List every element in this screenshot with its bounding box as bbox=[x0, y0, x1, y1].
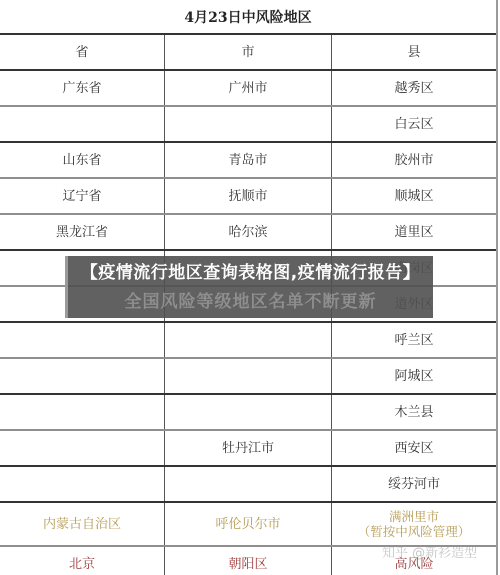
cell-county: 呼兰区 bbox=[332, 322, 498, 358]
cell-county: 胶州市 bbox=[332, 142, 498, 178]
table-row: 木兰县 bbox=[0, 394, 497, 430]
table-row: 黑龙江省 哈尔滨 道里区 bbox=[0, 214, 497, 250]
table-row-inner-mongolia: 内蒙古自治区 呼伦贝尔市 满洲里市 （暂按中风险管理） bbox=[0, 502, 497, 546]
cell-city: 广州市 bbox=[165, 70, 332, 106]
cell-province bbox=[0, 430, 165, 466]
cell-county: 绥芬河市 bbox=[332, 466, 498, 502]
banner-headline: 【疫情流行地区查询表格图,疫情流行报告】 bbox=[68, 260, 433, 287]
header-row: 省 市 县 bbox=[0, 34, 497, 70]
table-row: 白云区 bbox=[0, 106, 497, 142]
cell-city: 哈尔滨 bbox=[165, 214, 332, 250]
cell-county: 顺城区 bbox=[332, 178, 498, 214]
cell-province: 内蒙古自治区 bbox=[0, 502, 165, 546]
cell-city bbox=[165, 106, 332, 142]
table-row: 绥芬河市 bbox=[0, 466, 497, 502]
cell-county: 阿城区 bbox=[332, 358, 498, 394]
cell-city: 朝阳区 bbox=[165, 546, 332, 575]
cell-city: 呼伦贝尔市 bbox=[165, 502, 332, 546]
cell-province bbox=[0, 466, 165, 502]
cell-province: 北京 bbox=[0, 546, 165, 575]
cell-city: 青岛市 bbox=[165, 142, 332, 178]
table-row: 呼兰区 bbox=[0, 322, 497, 358]
cell-county: 白云区 bbox=[332, 106, 498, 142]
cell-city bbox=[165, 322, 332, 358]
zhihu-watermark: 知乎 @新衫造型 bbox=[382, 542, 477, 561]
table-title: 4月23日中风险地区 bbox=[0, 0, 498, 33]
header-county: 县 bbox=[332, 34, 498, 70]
cell-city: 牡丹江市 bbox=[165, 430, 332, 466]
table-row: 阿城区 bbox=[0, 358, 497, 394]
cell-city bbox=[165, 466, 332, 502]
table-row: 牡丹江市 西安区 bbox=[0, 430, 497, 466]
table-row: 辽宁省 抚顺市 顺城区 bbox=[0, 178, 497, 214]
banner-background-text: 全国风险等级地区名单不断更新 bbox=[68, 287, 433, 312]
header-city: 市 bbox=[165, 34, 332, 70]
cell-city: 抚顺市 bbox=[165, 178, 332, 214]
cell-county: 道里区 bbox=[332, 214, 498, 250]
cell-province: 黑龙江省 bbox=[0, 214, 165, 250]
headline-banner: 全国风险等级地区名单不断更新 【疫情流行地区查询表格图,疫情流行报告】 bbox=[65, 256, 433, 318]
cell-city bbox=[165, 358, 332, 394]
cell-province: 广东省 bbox=[0, 70, 165, 106]
cell-province bbox=[0, 394, 165, 430]
cell-province: 辽宁省 bbox=[0, 178, 165, 214]
cell-county: 越秀区 bbox=[332, 70, 498, 106]
cell-province: 山东省 bbox=[0, 142, 165, 178]
cell-city bbox=[165, 394, 332, 430]
cell-county: 满洲里市 （暂按中风险管理） bbox=[332, 502, 498, 546]
cell-county: 西安区 bbox=[332, 430, 498, 466]
cell-province bbox=[0, 358, 165, 394]
cell-province bbox=[0, 322, 165, 358]
cell-province bbox=[0, 106, 165, 142]
header-province: 省 bbox=[0, 34, 165, 70]
table-row: 山东省 青岛市 胶州市 bbox=[0, 142, 497, 178]
cell-county: 木兰县 bbox=[332, 394, 498, 430]
table-row: 广东省 广州市 越秀区 bbox=[0, 70, 497, 106]
